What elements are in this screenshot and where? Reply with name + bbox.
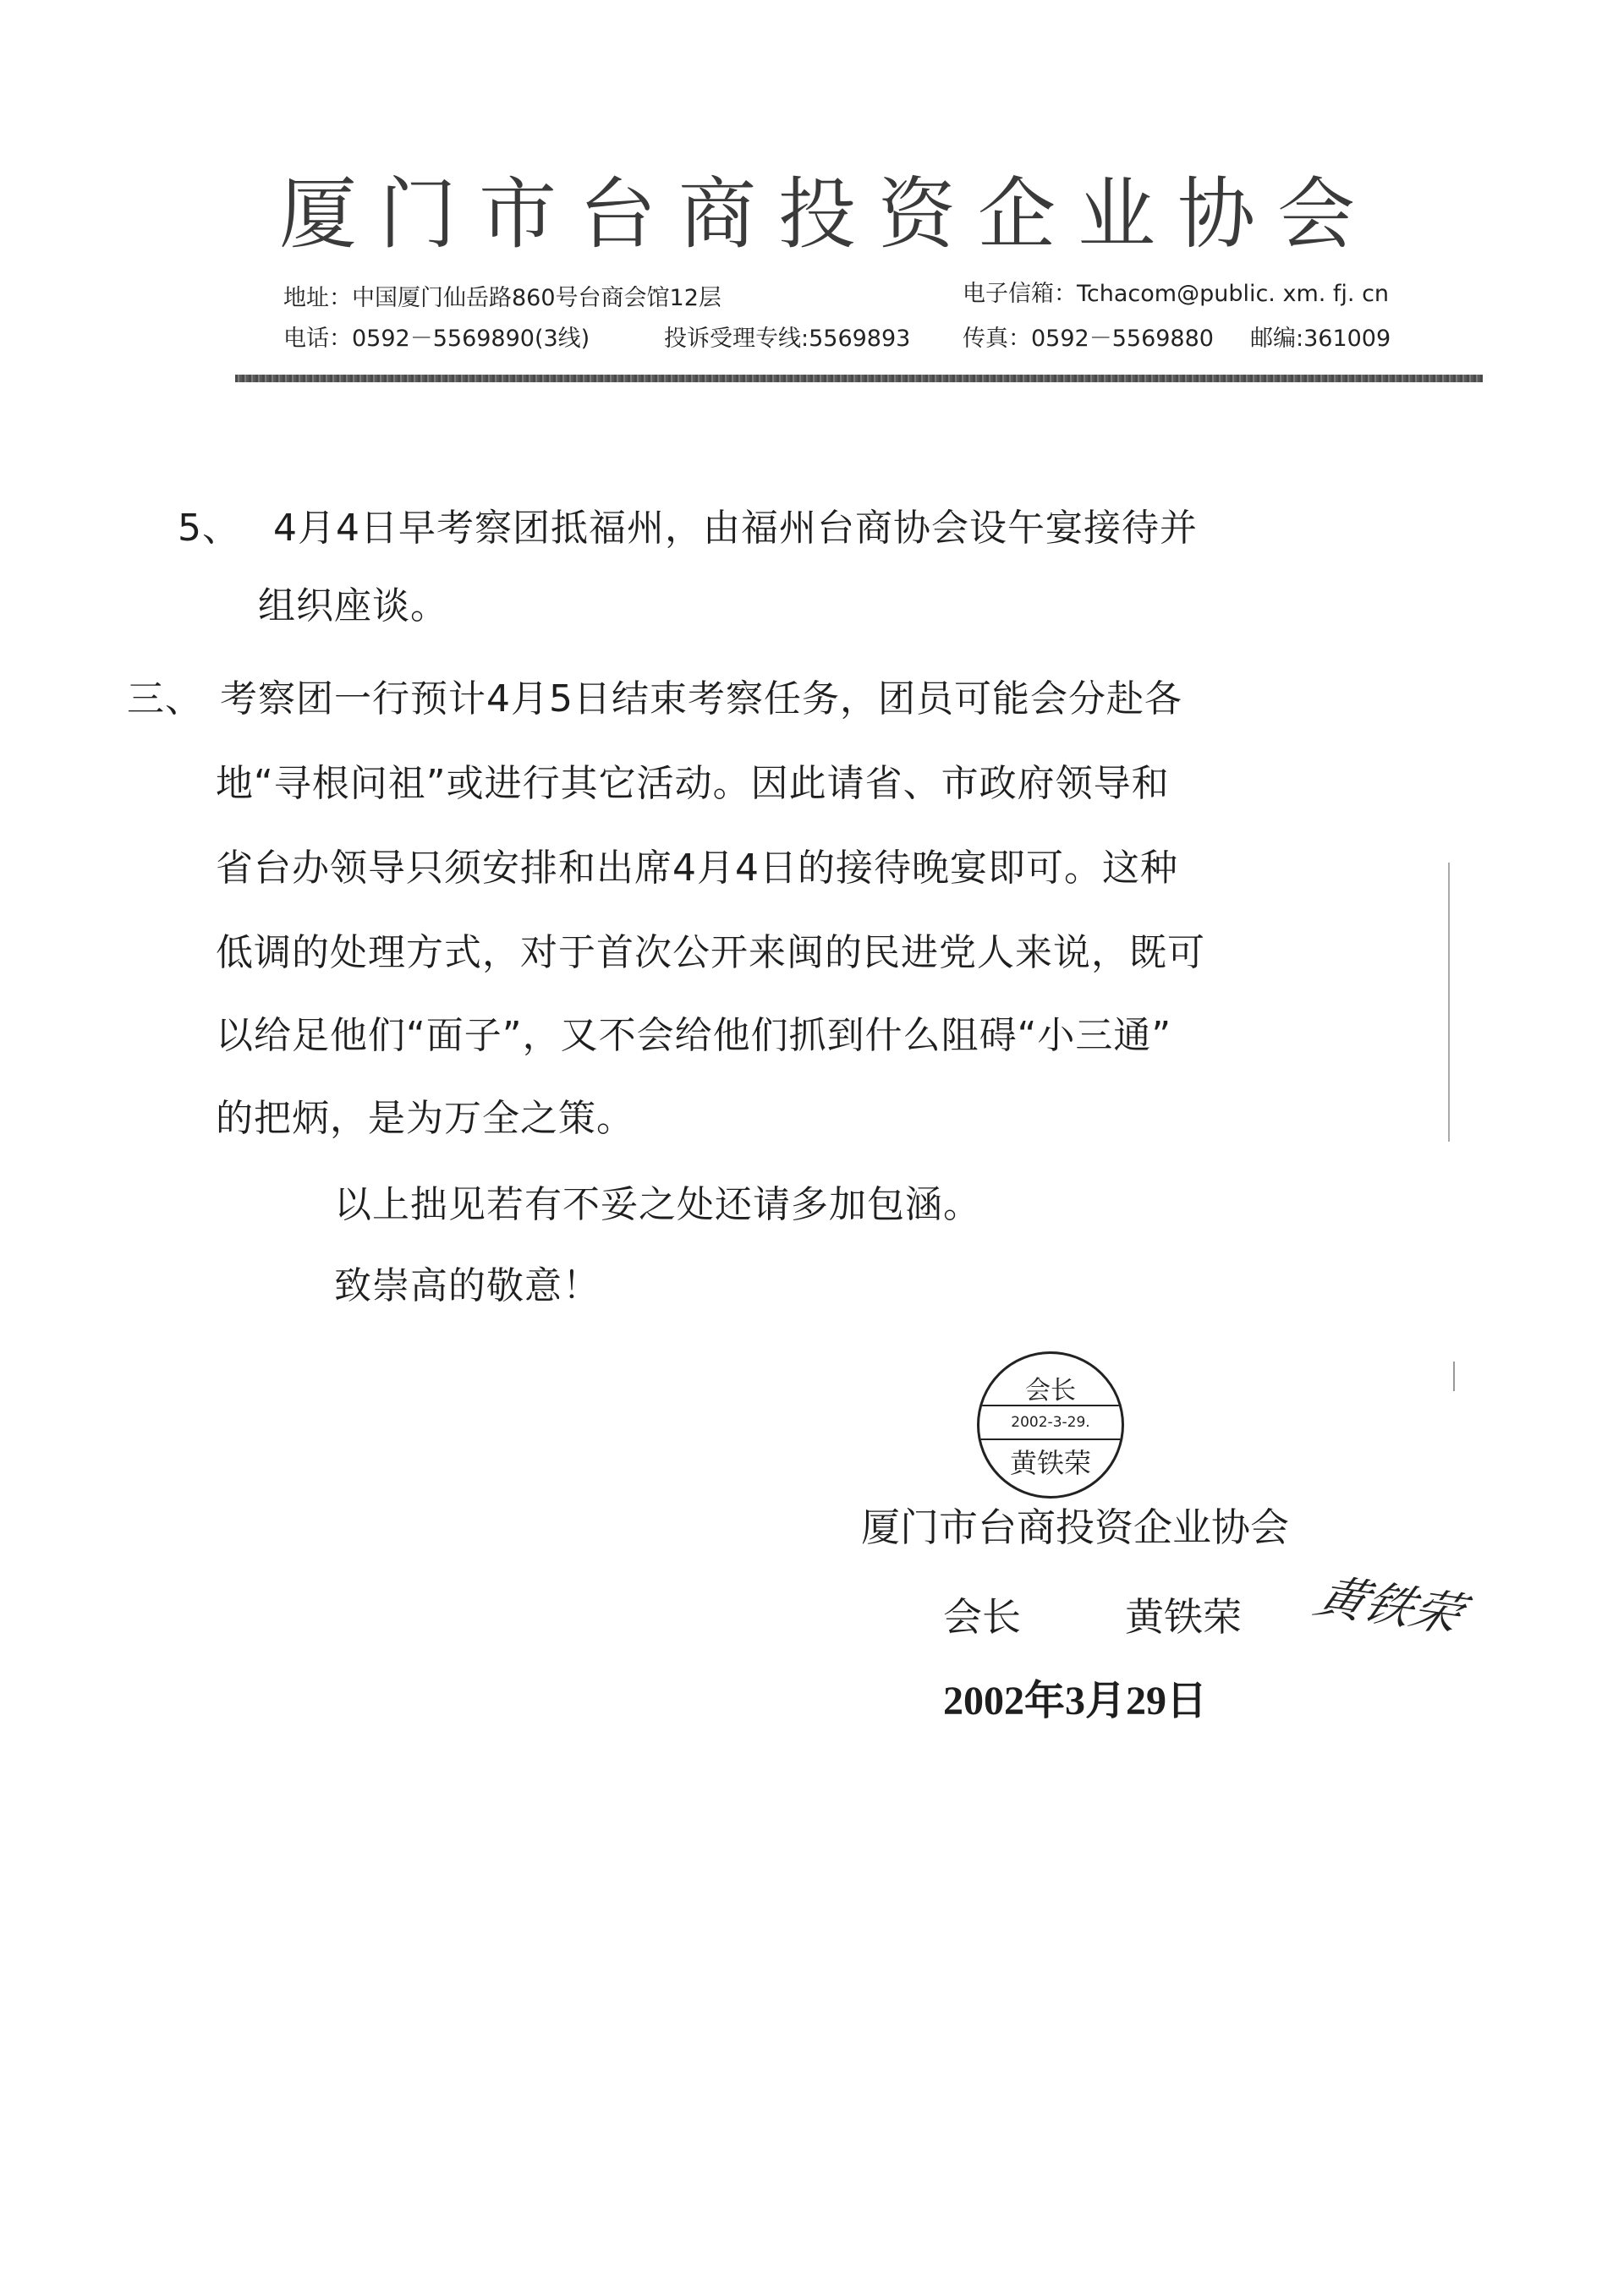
signature-organization: 厦门市台商投资企业协会: [861, 1497, 1289, 1553]
signature-name: 黄铁荣: [1125, 1586, 1242, 1642]
scan-edge-mark: [1448, 863, 1450, 1142]
letter-date: 2002年3月29日: [943, 1668, 1207, 1726]
complaint-line-text: 投诉受理专线:5569893: [664, 320, 910, 353]
official-seal-stamp: 会长 2002-3-29. 黄铁荣: [977, 1351, 1124, 1499]
stamp-title: 会长: [979, 1369, 1122, 1406]
stamp-name: 黄铁荣: [979, 1442, 1122, 1481]
phone-text: 电话：0592－5569890(3线): [283, 320, 590, 353]
letterhead-divider: [235, 375, 1483, 382]
stamp-date: 2002-3-29.: [979, 1405, 1122, 1440]
item5-line-1: 4月4日早考察团抵福州，由福州台商协会设午宴接待并: [273, 497, 1198, 551]
closing-salutation: 致崇高的敬意！: [334, 1255, 601, 1309]
item-number-5: 5、: [178, 497, 240, 551]
section3-line-1: 考察团一行预计4月5日结束考察任务，团员可能会分赴各: [220, 668, 1182, 722]
handwritten-signature: 黄铁荣: [1307, 1560, 1475, 1645]
scan-edge-mark: [1453, 1362, 1455, 1391]
section3-line-6: 的把炳，是为万全之策。: [216, 1088, 634, 1142]
closing-remark: 以上拙见若有不妥之处还请多加包涵。: [334, 1174, 981, 1228]
fax-text: 传真：0592－5569880: [963, 320, 1214, 353]
signature-title: 会长: [943, 1586, 1021, 1642]
section-number-3: 三、: [127, 668, 203, 722]
item5-line-2: 组织座谈。: [258, 575, 448, 629]
postcode-text: 邮编:361009: [1250, 320, 1391, 353]
organization-title: 厦门市台商投资企业协会: [279, 152, 1377, 264]
email-text: 电子信箱：Tchacom@public. xm. fj. cn: [963, 275, 1389, 308]
section3-line-2: 地“寻根问祖”或进行其它活动。因此请省、市政府领导和: [216, 753, 1170, 807]
section3-line-3: 省台办领导只须安排和出席4月4日的接待晚宴即可。这种: [216, 837, 1178, 891]
section3-line-4: 低调的处理方式，对于首次公开来闽的民进党人来说，既可: [216, 922, 1205, 976]
section3-line-5: 以给足他们“面子”，又不会给他们抓到什么阻碍“小三通”: [216, 1005, 1171, 1059]
address-text: 地址：中国厦门仙岳路860号台商会馆12层: [283, 279, 721, 312]
